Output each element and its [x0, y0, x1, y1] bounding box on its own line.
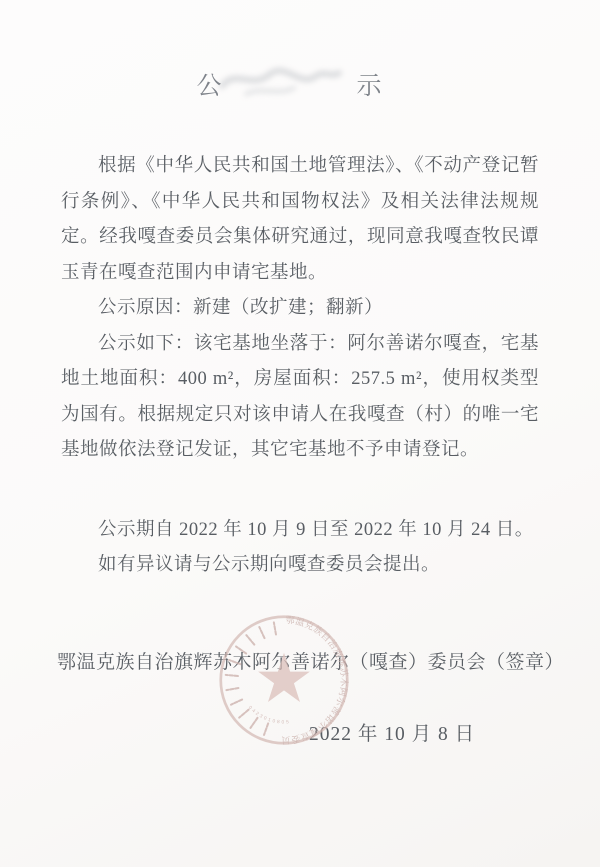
notice-title: 公 示 — [0, 0, 589, 102]
title-char-right: 示 — [357, 66, 382, 102]
title-char-left: 公 — [196, 66, 221, 102]
date-line: 2022 年 10 月 8 日 — [0, 722, 600, 748]
signature-line: 鄂温克族自治旗辉苏木阿尔善诺尔（嘎查）委员会（签章） — [0, 648, 600, 678]
seal-mongolian-script — [226, 622, 276, 735]
notice-body: 根据《中华人民共和国土地管理法》、《不动产登记暂行条例》、《中华人民共和国物权法… — [0, 149, 600, 584]
notice-paragraph-reason: 公示原因：新建（改扩建；翻新） — [61, 291, 539, 327]
notice-paragraph-details: 公示如下：该宅基地坐落于：阿尔善诺尔嘎查，宅基地土地面积：400 m²，房屋面积… — [61, 327, 539, 469]
notice-paragraph-period: 公示期自 2022 年 10 月 9 日至 2022 年 10 月 24 日。 — [61, 513, 539, 549]
notice-paragraph-objection: 如有异议请与公示期向嘎查委员会提出。 — [61, 548, 539, 584]
notice-paragraph-legal-basis: 根据《中华人民共和国土地管理法》、《不动产登记暂行条例》、《中华人民共和国物权法… — [61, 149, 539, 291]
scanned-notice-page: 公 示 根据《中华人民共和国土地管理法》、《不动产登记暂行条例》、《中华人民共和… — [0, 0, 600, 867]
